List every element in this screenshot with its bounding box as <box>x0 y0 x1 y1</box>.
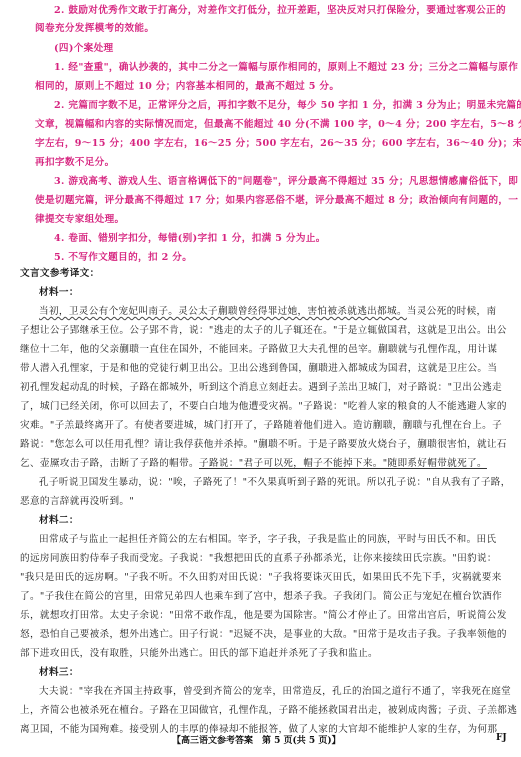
answer-key-page: 2. 鼓励对优秀作文敢于打高分，对差作文打低分，拉开差距，坚决反对只打保险分，要… <box>0 0 521 757</box>
material1-line2: 子想让公子郢继承王位。公子郢不肯，说："逃走的太子的儿子辄还在。"于是立辄做国君… <box>0 325 521 337</box>
material1-label: 材料一： <box>0 287 521 299</box>
material1-line1: 当初，卫灵公有个宠妃叫南子。灵公太子蒯聩曾经得罪过她，害怕被杀就逃出都城。当灵公… <box>0 306 521 318</box>
rubric-case1-line2: 相同的，原则上不超过 10 分；内容基本相同的，最高不超过 5 分。 <box>0 81 521 93</box>
material2-line3: "我只是田氏的远房啊。"子我不听。不久田豹对田氏说："子我将要诛灭田氏，如果田氏… <box>0 572 521 584</box>
rubric-section-title: (四)个案处理 <box>0 43 521 55</box>
material2-line1: 田常成子与监止一起担任齐简公的左右相国。宰予，字子我，子我是监止的同族，平时与田… <box>0 534 521 546</box>
material1-line6: 了，城门已经关闭，你可以回去了，不要白白地为他遭受灾祸。"子路说："吃着人家的粮… <box>0 401 521 413</box>
material2-label: 材料二： <box>0 515 521 527</box>
rubric-case3-line3: 律提交专家组处理。 <box>0 214 521 226</box>
material1-line3: 继位十二年，他的父亲蒯聩一直住在国外，不能回来。子路做卫大夫孔悝的邑宰。蒯聩就与… <box>0 344 521 356</box>
rubric-case5: 5. 不写作文题目的，扣 2 分。 <box>0 252 521 264</box>
material2-line5: 乐，就想攻打田常。太史子余说："田常不敢作乱，他是要为国除害。"简公才停止了。田… <box>0 610 521 622</box>
rubric-case1-line1: 1. 经"查重"，确认抄袭的，其中二分之一篇幅与原作相同的，原则上不超过 23 … <box>0 62 521 74</box>
material2-line4: 了。"子我住在简公的宫里，田常兄弟四人也乘车到了宫中，想杀子我。子我闭门。简公正… <box>0 591 521 603</box>
material3-label: 材料三： <box>0 667 521 679</box>
material1-line9-pre: 乞、壶黡攻击子路，击断了子路的帽带。 <box>20 458 199 469</box>
material1-line9: 乞、壶黡攻击子路，击断了子路的帽带。子路说："君子可以死，帽子不能掉下来。"随即… <box>0 458 521 470</box>
material3-line2: 上，齐简公也被杀死在檀台。子路在卫国做官，孔悝作乱，子路不能拯救国君出走，被剁成… <box>0 705 521 717</box>
rubric-case2-line2: 文章，视篇幅和内容的实际情况而定，但最高不能超过 40 分(不满 100 字，0… <box>0 119 521 131</box>
rubric-case2-line4: 再扣字数不足分。 <box>0 157 521 169</box>
rubric-item2-line1: 2. 鼓励对优秀作文敢于打高分，对差作文打低分，拉开差距，坚决反对只打保险分，要… <box>0 5 521 17</box>
material2-line6: 怒，恐怕自己要被杀，想外出逃亡。田子行说："迟疑不决，是事业的大敌。"田常于是攻… <box>0 629 521 641</box>
material2-line7: 部下进攻田氏，没有取胜，只能外出逃亡。田氏的部下追赶并杀死了子我和监止。 <box>0 648 521 660</box>
material1-underlined-text: 子路说："君子可以死，帽子不能掉下来。"随即系好帽带就死了。 <box>199 458 487 469</box>
rubric-case3-line1: 3. 游戏高考、游戏人生、语言格调低下的"问题卷"，评分最高不得超过 35 分；… <box>0 176 521 188</box>
rubric-item2-line2: 阅卷充分发挥模考的效能。 <box>0 23 521 35</box>
material1-line8: 路说："您怎么可以任用孔悝？请让我俘获他并杀掉。"蒯聩不听。于是子路要放火烧台子… <box>0 439 521 451</box>
material1-line7: 灾难。"子羔最终离开了。有使者要进城，城门打开了，子路随着他们进入。造访蒯聩，蒯… <box>0 420 521 432</box>
rubric-case4: 4. 卷面、错别字扣分，每错(别)字扣 1 分，扣满 5 分为止。 <box>0 233 521 245</box>
footer-code: FJ <box>496 733 507 743</box>
material1-line5: 初孔悝发起动乱的时候，子路在都城外，听到这个消息立刻赶去。遇到子羔出卫城门，对子… <box>0 382 521 394</box>
rubric-case3-line2: 使是切题完篇，评分最高不得超过 17 分；如果内容恶俗不堪，评分最高不超过 8 … <box>0 195 521 207</box>
footer-page-label: 【高三语文参考答案 第 5 页(共 5 页)】 <box>172 733 341 746</box>
material1-para2-line1: 孔子听说卫国发生暴动，说："唉，子路死了！"不久果真听到子路的死讯。所以孔子说：… <box>0 477 521 489</box>
material3-line1: 大夫说："宰我在齐国主持政事，曾受到齐简公的宠幸，田常造反，孔丘的治国之道行不通… <box>0 686 521 698</box>
material1-para2-line2: 恶意的言辞就再没听到。" <box>0 496 521 508</box>
rubric-case2-line1: 2. 完篇而字数不足，正常评分之后，再扣字数不足分，每少 50 字扣 1 分，扣… <box>0 100 521 112</box>
material2-line2: 的远房同族田豹侍奉子我而受宠。子我说："我想把田氏的直系子孙都杀光，让你来接续田… <box>0 553 521 565</box>
material1-line4: 带人潜入孔悝家，于是和他的党徒行刺卫出公。卫出公逃到鲁国，蒯聩进入都城成为国君，… <box>0 363 521 375</box>
rubric-case2-line3: 字左右，9～15 分；400 字左右，16～25 分；500 字左右，26～35… <box>0 138 521 150</box>
translation-heading-text: 文言文参考译文： <box>0 268 521 280</box>
material1-wavy-underlined-text: 当初，卫灵公有个宠妃叫南子。灵公太子蒯聩曾经得罪过她，害怕被杀就逃出都城。 <box>39 306 407 317</box>
material1-line1-rest: 当灵公死的时候，南 <box>407 306 497 317</box>
